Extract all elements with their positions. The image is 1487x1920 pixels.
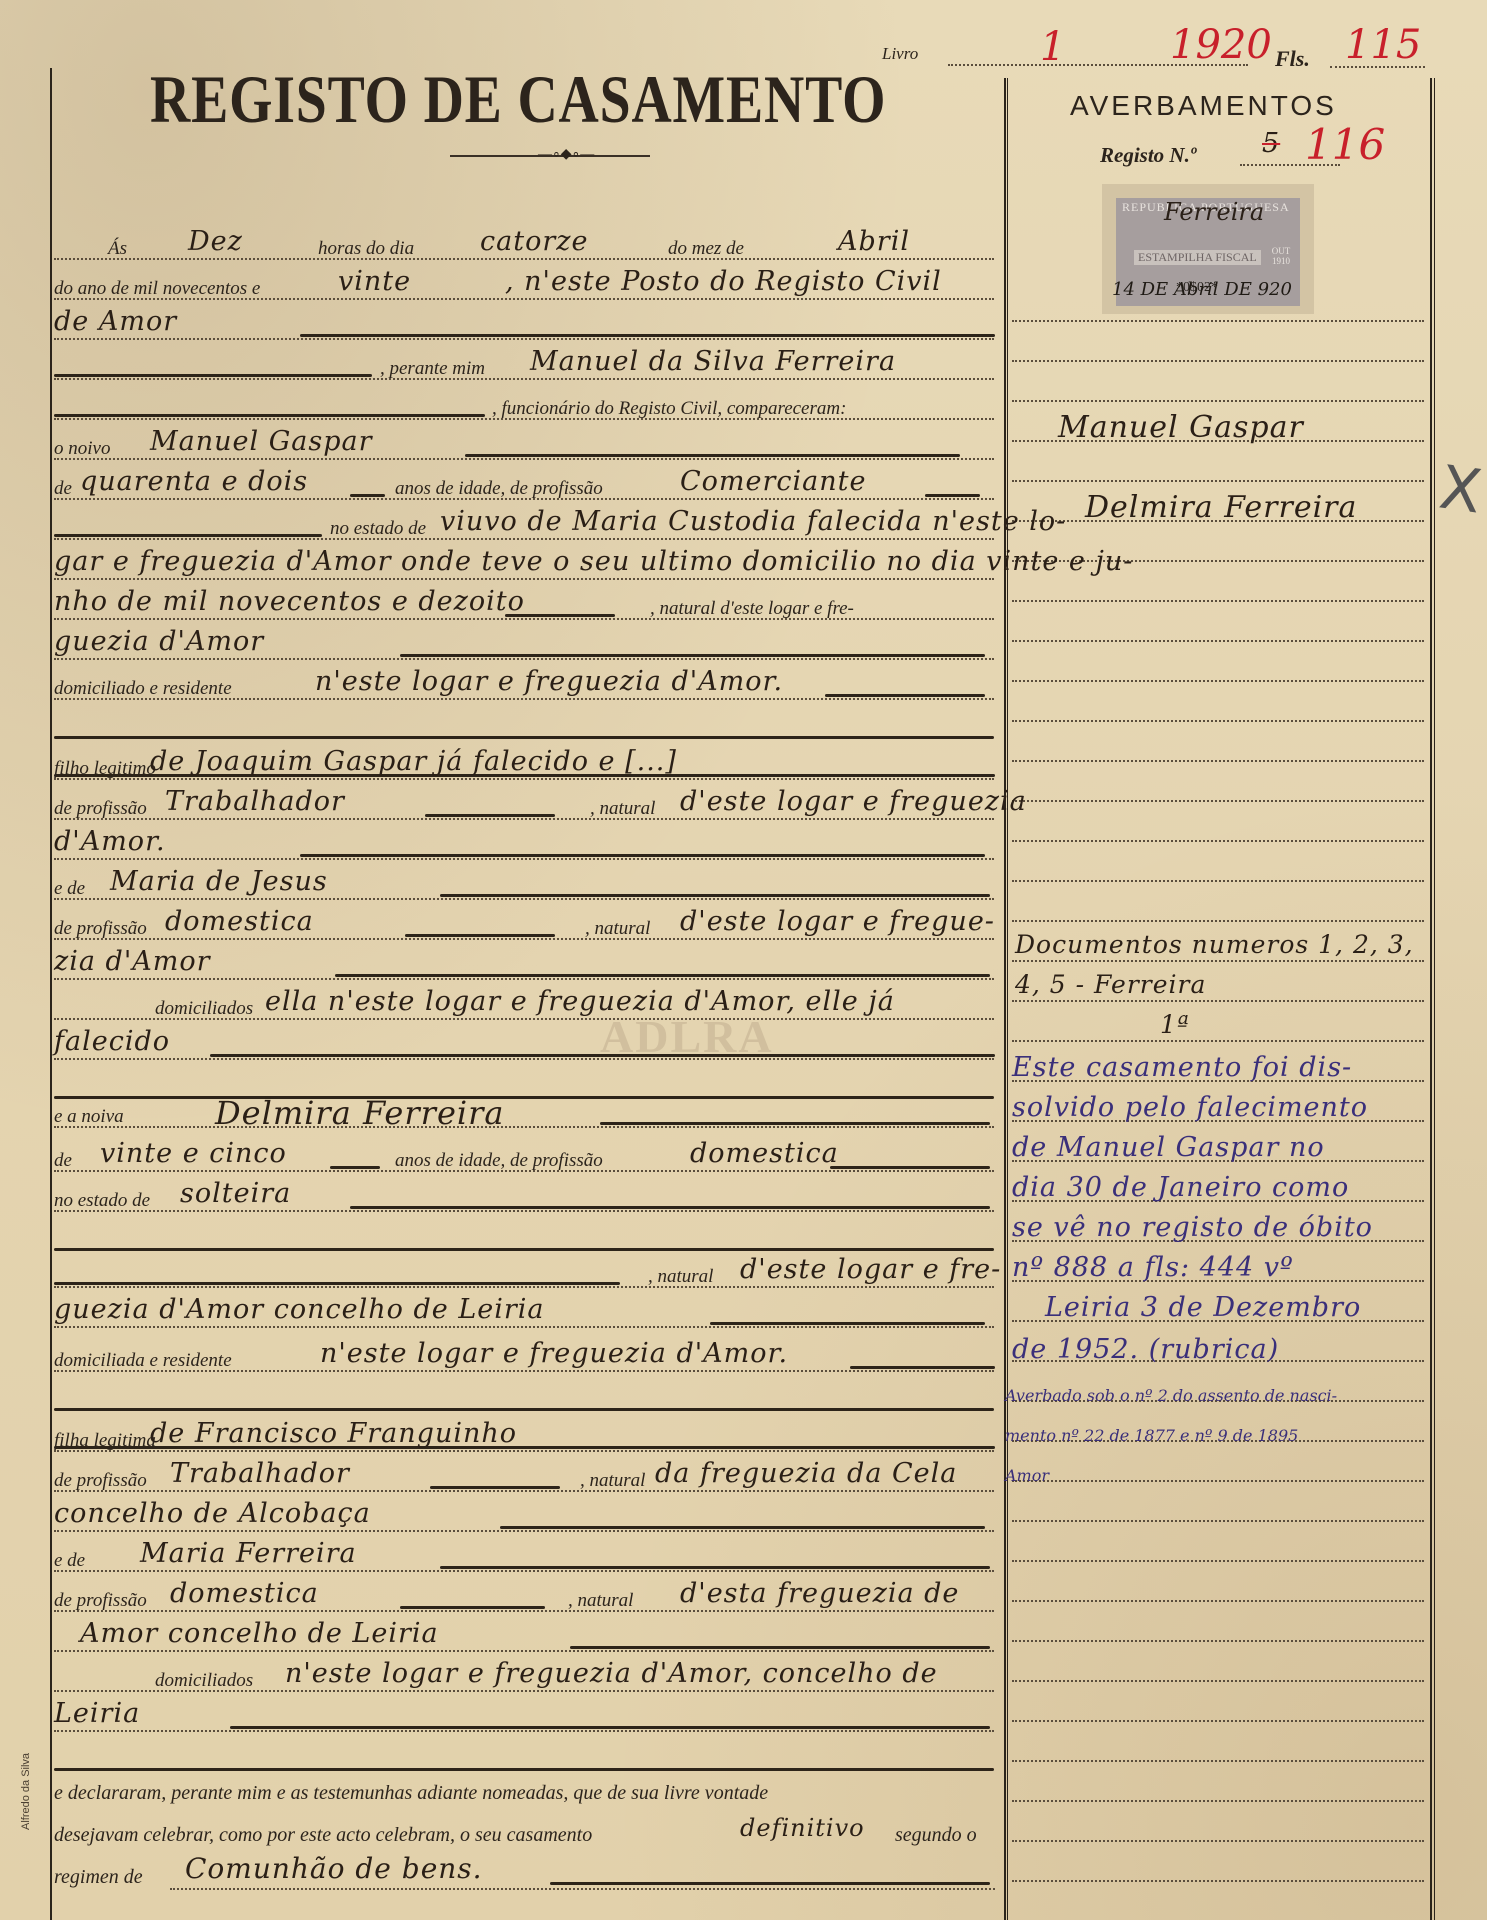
printed-label: de profissão [54, 1470, 147, 1492]
averbamentos-rule [1012, 760, 1424, 762]
handwritten-entry: da freguezia da Cela [655, 1458, 957, 1489]
handwritten-entry: vinte e cinco [100, 1138, 287, 1169]
averbamentos-rule [1012, 920, 1424, 922]
ruled-line [54, 538, 994, 540]
handwritten-entry: d'esta freguezia de [680, 1578, 959, 1609]
printed-label: domiciliados [155, 998, 253, 1020]
fill-stroke [54, 534, 322, 537]
declaration-line: e declararam, perante mim e as testemunh… [54, 1782, 768, 1805]
fill-stroke [830, 1166, 990, 1169]
page-title: REGISTO DE CASAMENTO [150, 60, 886, 139]
fill-stroke [550, 1882, 990, 1885]
archive-watermark: ADLRA [600, 1010, 774, 1063]
fill-stroke [430, 1486, 560, 1489]
ruled-line [54, 1570, 994, 1572]
fill-stroke [350, 494, 385, 497]
declaration-line: regimen de [54, 1866, 143, 1889]
fls-value: 115 [1345, 22, 1421, 68]
document-page: REGISTO DE CASAMENTO —∘◆∘— Livro 1 1920 … [0, 0, 1487, 1920]
ruled-line [54, 1490, 994, 1492]
ruled-line [54, 858, 994, 860]
printed-label: domiciliado e residente [54, 678, 232, 700]
fill-stroke [54, 414, 485, 417]
handwritten-entry: ella n'este logar e freguezia d'Amor, el… [265, 986, 895, 1017]
averbamentos-rule [1012, 800, 1424, 802]
fill-stroke [335, 974, 990, 977]
printed-label: , natural [585, 918, 650, 940]
printer-credit: Alfredo da Silva [20, 1753, 32, 1830]
handwritten-entry: guezia d'Amor [54, 626, 264, 657]
averbamentos-rule [1012, 1800, 1424, 1802]
printed-label: filho legitimo [54, 758, 156, 780]
note-documents-2: 4, 5 - Ferreira [1015, 970, 1206, 999]
ruled-line [54, 1610, 994, 1612]
handwritten-entry: zia d'Amor [54, 946, 211, 977]
handwritten-entry: viuvo de Maria Custodia falecida n'este … [440, 506, 1066, 537]
ruled-line [54, 1058, 994, 1060]
fill-stroke [54, 1248, 994, 1251]
registo-number-value: 116 [1305, 120, 1385, 169]
printed-label: , funcionário do Registo Civil, comparec… [492, 398, 846, 420]
fill-stroke [54, 1096, 994, 1099]
handwritten-entry: Amor concelho de Leiria [80, 1618, 439, 1649]
ruled-line [54, 1126, 994, 1128]
handwritten-entry: Comerciante [680, 466, 866, 497]
averbamentos-rule [1012, 640, 1424, 642]
fill-stroke [54, 736, 994, 739]
handwritten-entry: Delmira Ferreira [215, 1094, 504, 1132]
ruled-line [54, 338, 994, 340]
left-margin-rule [50, 68, 52, 1920]
ruled-line [54, 258, 994, 260]
fill-stroke [54, 1768, 994, 1771]
handwritten-entry: guezia d'Amor concelho de Leiria [54, 1294, 545, 1325]
fill-stroke [825, 694, 985, 697]
printed-label: do ano de mil novecentos e [54, 278, 260, 300]
printed-label: domiciliados [155, 1670, 253, 1692]
handwritten-entry: de Joaquim Gaspar já falecido e [...] [150, 746, 677, 777]
ruled-line [54, 978, 994, 980]
ruled-line [54, 1326, 994, 1328]
stamp-signature: Ferreira [1164, 198, 1264, 226]
livro-label: Livro [882, 44, 918, 64]
averbamentos-rule [1012, 1000, 1424, 1002]
averbamentos-rule [1012, 680, 1424, 682]
handwritten-entry: quarenta e dois [80, 466, 308, 497]
printed-label: no estado de [54, 1190, 150, 1212]
fill-stroke [425, 814, 555, 817]
averbamentos-rule [1012, 600, 1424, 602]
handwritten-entry: d'este logar e fre- [740, 1254, 1001, 1285]
handwritten-entry: Dez [188, 226, 243, 257]
ruled-line [54, 938, 994, 940]
printed-label: de [54, 1150, 72, 1172]
registo-struck-number: 5 [1262, 128, 1280, 159]
fill-stroke [850, 1366, 995, 1369]
annotation-line: solvido pelo falecimento [1012, 1092, 1368, 1123]
fiscal-stamp: REPUBLICA PORTUGUESA ESTAMPILHA FISCAL O… [1102, 184, 1314, 314]
printed-label: de profissão [54, 918, 147, 940]
printed-label: o noivo [54, 438, 110, 460]
handwritten-entry: Abril [838, 226, 910, 257]
printed-label: e de [54, 878, 85, 900]
declaration-line: desejavam celebrar, como por este acto c… [54, 1824, 592, 1847]
printed-label: Ás [108, 238, 127, 260]
fill-stroke [465, 454, 960, 457]
handwritten-entry: n'este logar e freguezia d'Amor. [320, 1338, 788, 1369]
printed-label: , natural [568, 1590, 633, 1612]
ruled-line [54, 578, 994, 580]
handwritten-entry: n'este logar e freguezia d'Amor. [315, 666, 783, 697]
printed-label: de profissão [54, 1590, 147, 1612]
fill-stroke [350, 1206, 990, 1209]
signature-bride: Delmira Ferreira [1085, 490, 1357, 525]
handwritten-entry: de Amor [54, 306, 177, 337]
fill-stroke [715, 1446, 990, 1449]
printed-label: de profissão [54, 798, 147, 820]
handwritten-entry: , n'este Posto do Registo Civil [505, 266, 942, 297]
ruled-line [54, 1286, 994, 1288]
annotation-small: mento nº 22 de 1877 e nº 9 de 1895 [1005, 1426, 1298, 1445]
fill-stroke [54, 1282, 620, 1285]
column-divider [1004, 78, 1006, 1920]
printed-label: , natural [648, 1266, 713, 1288]
averbamentos-rule [1012, 1520, 1424, 1522]
annotation-small: Averbado sob o nº 2 do assento de nasci- [1005, 1386, 1337, 1405]
right-margin-rule [1430, 78, 1432, 1920]
annotation-line: Leiria 3 de Dezembro [1045, 1292, 1361, 1323]
printed-label: anos de idade, de profissão [395, 1150, 603, 1172]
printed-label: de [54, 478, 72, 500]
livro-value: 1 [1040, 24, 1065, 70]
averbamentos-rule [1012, 1760, 1424, 1762]
registo-number-label: Registo N.º [1100, 143, 1196, 168]
ruled-line [54, 898, 994, 900]
averbamentos-rule [1012, 1480, 1424, 1482]
averbamentos-rule [1012, 1720, 1424, 1722]
averbamentos-rule [1012, 1640, 1424, 1642]
averbamentos-rule [1012, 480, 1424, 482]
ruled-line [54, 818, 994, 820]
ruled-line [54, 1650, 994, 1652]
handwritten-entry: falecido [54, 1026, 170, 1057]
fill-stroke [300, 854, 985, 857]
averbamentos-rule [1012, 320, 1424, 322]
ruled-line [54, 658, 994, 660]
printed-label: e de [54, 1550, 85, 1572]
fill-stroke [230, 1726, 990, 1729]
fill-stroke [440, 1566, 990, 1569]
handwritten-entry: Maria de Jesus [110, 866, 328, 897]
annotation-line: de 1952. (rubrica) [1012, 1334, 1279, 1365]
fill-stroke [710, 1322, 985, 1325]
ruled-line [54, 1730, 994, 1732]
handwritten-entry: d'Amor. [54, 826, 166, 857]
annotation-small: Amor [1005, 1466, 1049, 1485]
handwritten-entry: Leiria [54, 1698, 140, 1729]
printed-label: , perante mim [380, 358, 485, 380]
handwritten-entry: Trabalhador [170, 1458, 350, 1489]
averbamentos-rule [1012, 1560, 1424, 1562]
fill-stroke [570, 1646, 990, 1649]
handwritten-entry: d'este logar e fregue- [680, 906, 995, 937]
ruled-line [54, 1530, 994, 1532]
note-documents: Documentos numeros 1, 2, 3, [1015, 930, 1414, 959]
handwritten-entry: Manuel da Silva Ferreira [530, 346, 896, 377]
handwritten-entry: domestica [170, 1578, 319, 1609]
averbamentos-rule [1012, 720, 1424, 722]
averbamentos-rule [1012, 960, 1424, 962]
averbamentos-heading: AVERBAMENTOS [1070, 90, 1337, 122]
printed-label: , natural d'este logar e fre- [650, 598, 854, 620]
ruled-line [54, 378, 994, 380]
averbamentos-left-rule [1007, 78, 1008, 1920]
regimen-line [170, 1888, 995, 1890]
averbamentos-rule [1012, 1680, 1424, 1682]
printed-label: e a noiva [54, 1106, 124, 1128]
annotation-line: Este casamento foi dis- [1012, 1052, 1352, 1083]
fill-stroke [54, 1408, 994, 1411]
fill-stroke [405, 934, 555, 937]
averbamentos-rule [1012, 1840, 1424, 1842]
declaration-line: segundo o [895, 1824, 977, 1847]
handwritten-entry: de Francisco Franguinho [150, 1418, 517, 1449]
handwritten-entry: n'este logar e freguezia d'Amor, concelh… [285, 1658, 938, 1689]
handwritten-entry: solteira [180, 1178, 291, 1209]
ruled-line [54, 778, 994, 780]
fill-stroke [54, 374, 372, 377]
handwritten-entry: concelho de Alcobaça [54, 1498, 371, 1529]
handwritten-entry: gar e freguezia d'Amor onde teve o seu u… [54, 546, 1133, 577]
handwritten-entry: domestica [165, 906, 314, 937]
marriage-type: definitivo [740, 1814, 865, 1842]
handwritten-entry: nho de mil novecentos e dezoito [54, 586, 525, 617]
handwritten-entry: vinte [338, 266, 411, 297]
stamp-date: 14 DE Abril DE 920 [1112, 279, 1292, 300]
ruled-line [54, 1450, 994, 1452]
margin-x-mark: X [1435, 452, 1485, 527]
handwritten-entry: Maria Ferreira [140, 1538, 357, 1569]
fill-stroke [925, 494, 980, 497]
handwritten-entry: Manuel Gaspar [150, 426, 373, 457]
printed-label: , natural [580, 1470, 645, 1492]
fill-stroke [400, 654, 985, 657]
ruled-line [54, 458, 994, 460]
handwritten-entry: catorze [480, 226, 588, 257]
averbamentos-rule [1012, 1880, 1424, 1882]
marriage-regime: Comunhão de bens. [185, 1852, 483, 1885]
fill-stroke [300, 334, 995, 337]
averbamentos-rule [1012, 1600, 1424, 1602]
right-margin-rule-inner [1434, 78, 1435, 1920]
fill-stroke [600, 1122, 990, 1125]
handwritten-entry: d'este logar e freguezia [680, 786, 1027, 817]
annotation-line: de Manuel Gaspar no [1012, 1132, 1325, 1163]
annotation-line: se vê no registo de óbito [1012, 1212, 1373, 1243]
averbamentos-rule [1012, 1040, 1424, 1042]
printed-label: , natural [590, 798, 655, 820]
annotation-line: nº 888 a fls: 444 vº [1012, 1252, 1294, 1283]
printed-label: domiciliada e residente [54, 1350, 232, 1372]
averbamentos-rule [1012, 840, 1424, 842]
printed-label: anos de idade, de profissão [395, 478, 603, 500]
printed-label: filha legitima [54, 1430, 156, 1452]
note-ordinal: 1ª [1160, 1010, 1190, 1039]
handwritten-entry: domestica [690, 1138, 839, 1169]
averbamentos-rule [1012, 400, 1424, 402]
signature-groom: Manuel Gaspar [1058, 410, 1304, 445]
fill-stroke [500, 1526, 985, 1529]
fill-stroke [400, 1606, 545, 1609]
annotation-line: dia 30 de Janeiro como [1012, 1172, 1349, 1203]
handwritten-entry: Trabalhador [165, 786, 345, 817]
fill-stroke [440, 894, 990, 897]
printed-label: no estado de [330, 518, 426, 540]
printed-label: horas do dia [318, 238, 414, 260]
year-value: 1920 [1170, 22, 1272, 68]
averbamentos-rule [1012, 360, 1424, 362]
title-ornament: —∘◆∘— [450, 152, 650, 160]
averbamentos-rule [1012, 880, 1424, 882]
fls-label: Fls. [1275, 46, 1310, 72]
printed-label: do mez de [668, 238, 744, 260]
fill-stroke [330, 1166, 380, 1169]
ruled-line [54, 1210, 994, 1212]
